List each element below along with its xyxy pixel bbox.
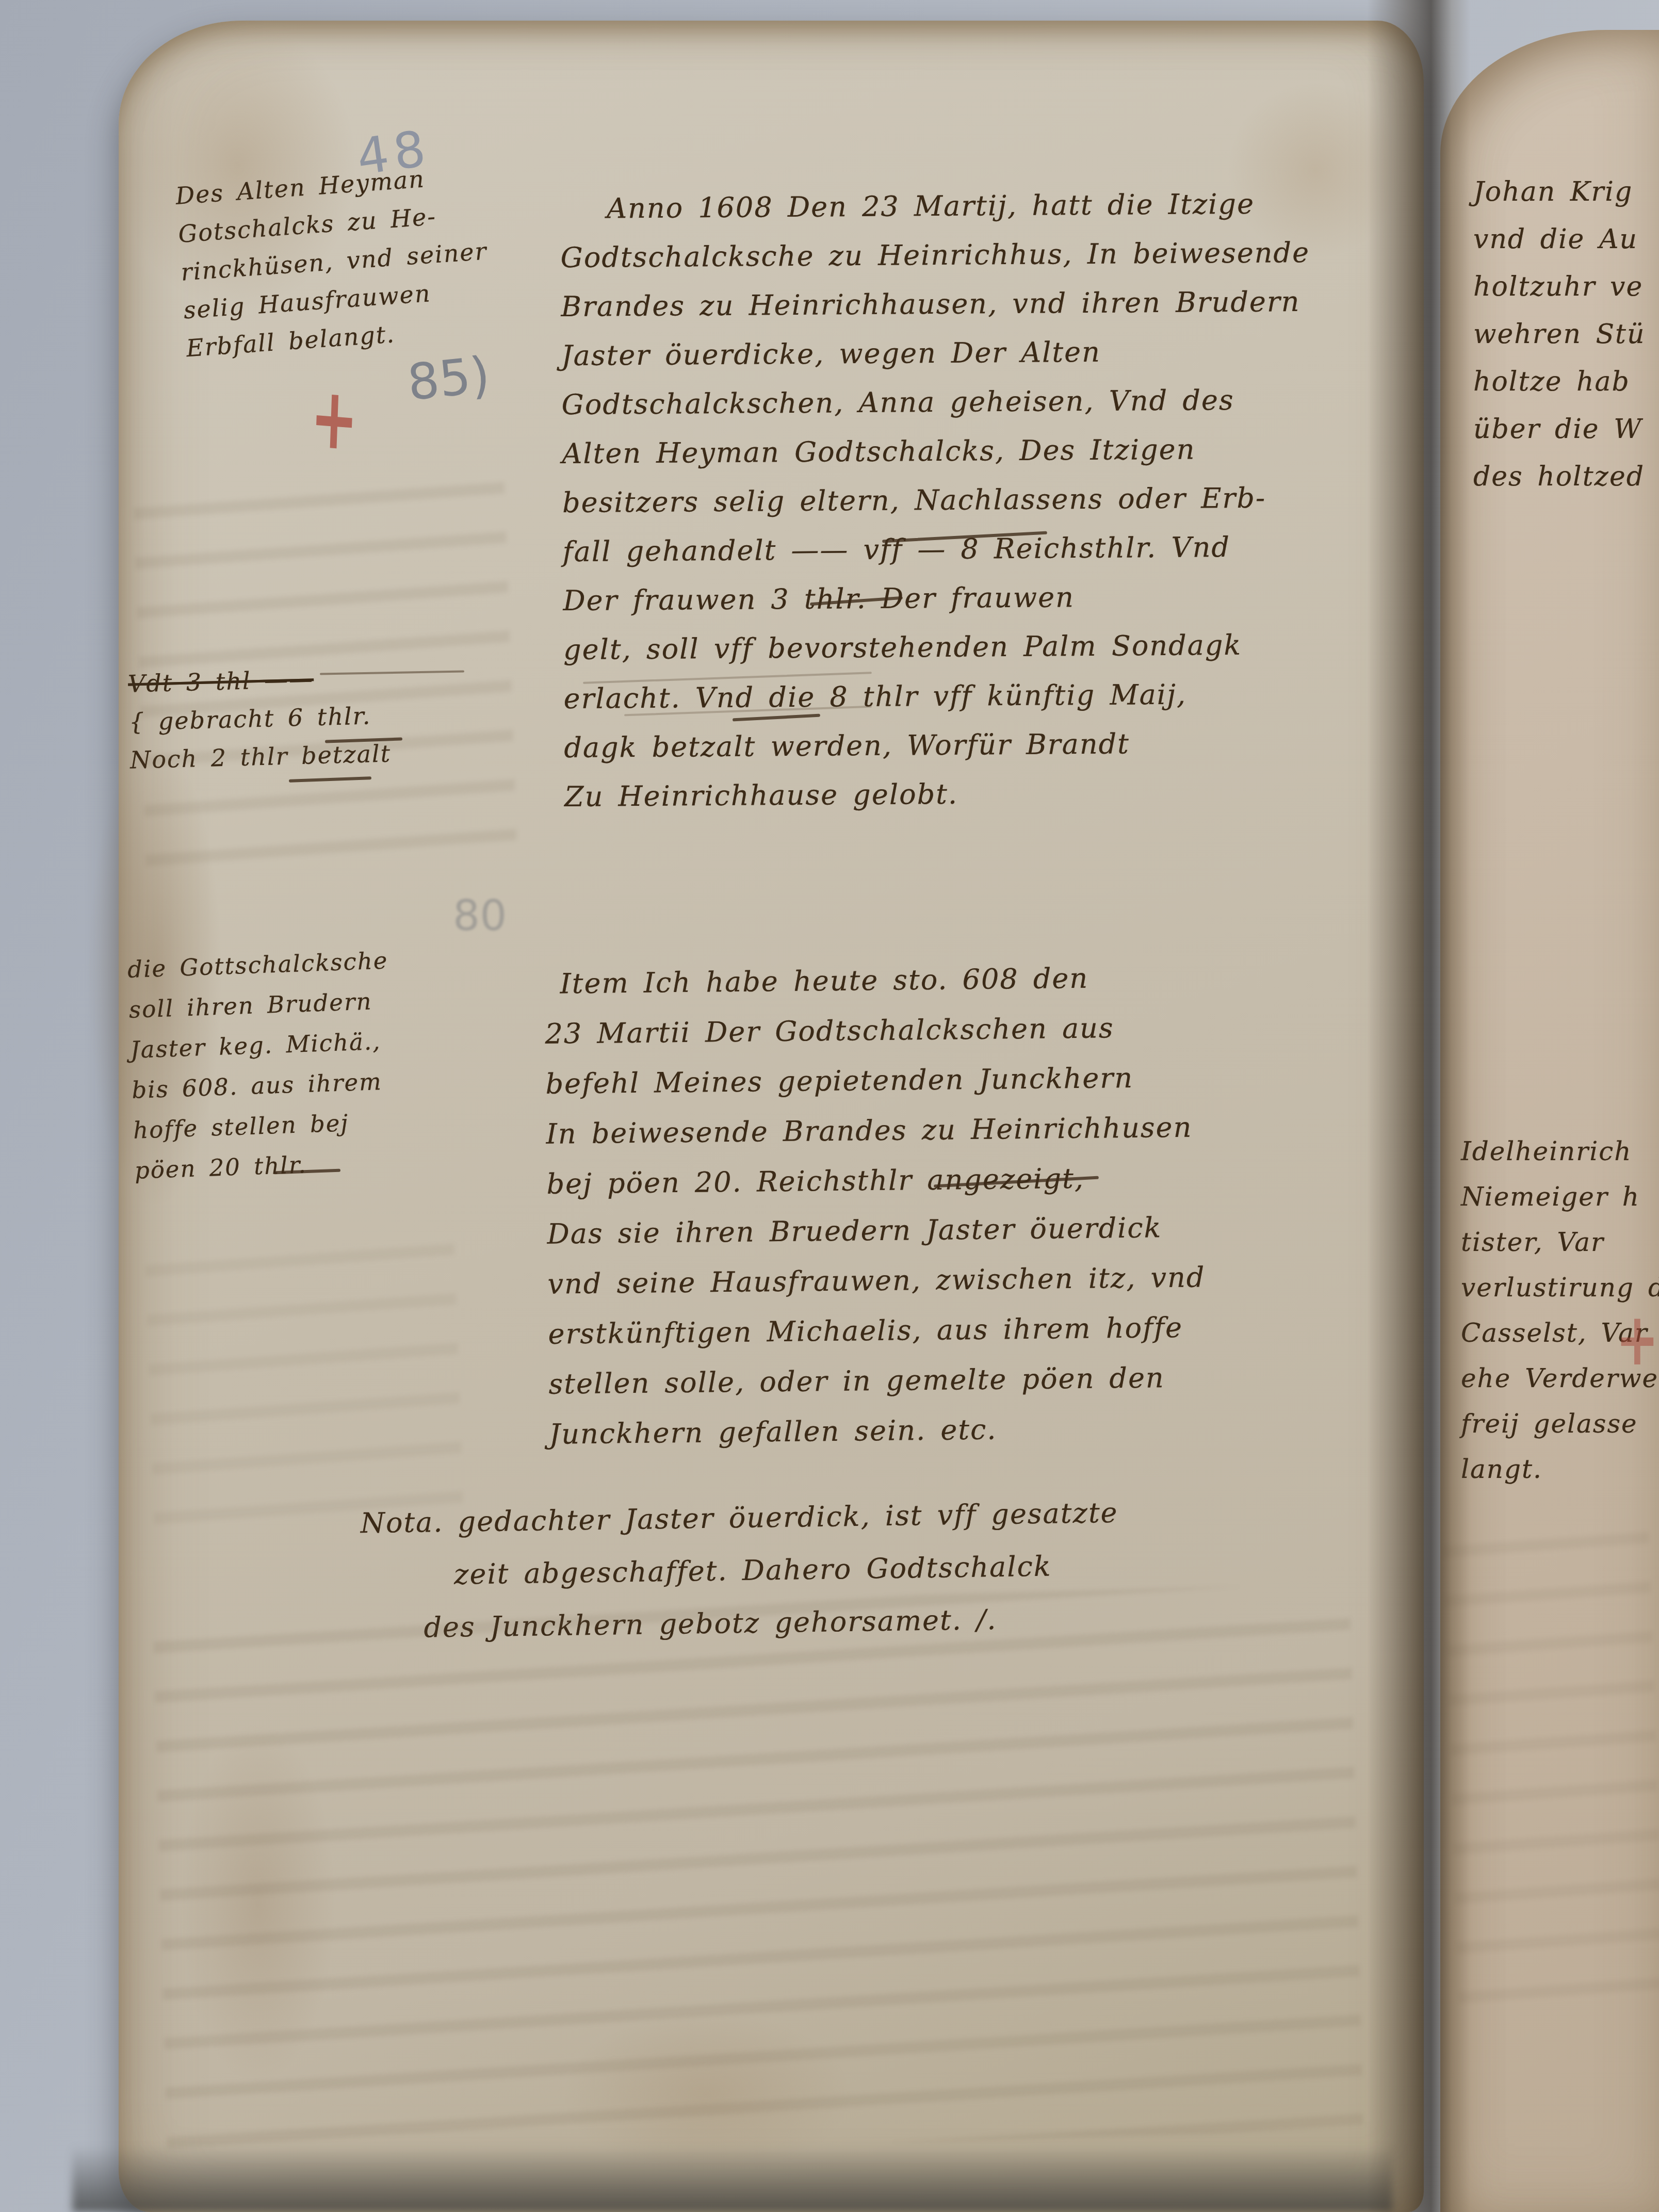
manuscript-line: 23 Martii Der Godtschalckschen aus — [545, 1002, 1203, 1059]
manuscript-line: Niemeiger h — [1461, 1174, 1659, 1219]
manuscript-line: Johan Krig — [1473, 168, 1645, 216]
right-manuscript-page-edge: Johan Krig vnd die Au holtzuhr ve wehren… — [1440, 30, 1659, 2212]
manuscript-line: Der frauwen 3 thlr. Der frauwen — [563, 571, 1312, 625]
left-manuscript-page: 48 85) 80 + Des Alten Heyman Gotschalcks… — [119, 21, 1424, 2212]
page-bottom-shadow — [72, 2146, 1393, 2212]
manuscript-line: vnd seine Hausfrauwen, zwischen itz, vnd — [547, 1252, 1206, 1309]
manuscript-line: Alten Heyman Godtschalcks, Des Itzigen — [562, 424, 1311, 478]
manuscript-line: tister, Var — [1461, 1219, 1659, 1265]
manuscript-line: In beiwesende Brandes zu Heinrichhusen — [546, 1102, 1204, 1159]
manuscript-line: erstkünftigen Michaelis, aus ihrem hoffe — [548, 1302, 1206, 1359]
manuscript-line: wehren Stü — [1473, 311, 1645, 358]
manuscript-line: holtzuhr ve — [1473, 263, 1645, 311]
manuscript-line: Item Ich habe heute sto. 608 den — [544, 952, 1202, 1009]
manuscript-line: Junckhern gefallen sein. etc. — [549, 1402, 1207, 1459]
manuscript-line: fall gehandelt —— vff — 8 Reichsthlr. Vn… — [562, 522, 1312, 576]
manuscript-line: Anno 1608 Den 23 Martij, hatt die Itzige — [560, 179, 1310, 233]
manuscript-line: Godtschalcksche zu Heinrichhus, In beiwe… — [560, 228, 1310, 282]
manuscript-line: pöen 20 thlr. — [134, 1142, 396, 1191]
manuscript-line: stellen solle, oder in gemelte pöen den — [548, 1352, 1207, 1409]
manuscript-line: befehl Meines gepietenden Junckhern — [545, 1052, 1203, 1109]
manuscript-line: Idelheinrich — [1461, 1129, 1659, 1174]
manuscript-line: bej pöen 20. Reichsthlr angezeigt, — [546, 1152, 1205, 1209]
red-cross-mark: + — [309, 368, 360, 470]
manuscript-line: Das sie ihren Bruedern Jaster öuerdick — [547, 1202, 1205, 1259]
manuscript-line: Brandes zu Heinrichhausen, vnd ihren Bru… — [561, 277, 1310, 331]
manuscript-line: Zu Heinrichhause gelobt. — [564, 767, 1314, 821]
manuscript-line: Jaster öuerdicke, wegen Der Alten — [561, 326, 1311, 380]
manuscript-line: vnd die Au — [1473, 216, 1645, 263]
red-cross-mark: + — [1616, 1297, 1659, 1382]
manuscript-line: Godtschalckschen, Anna geheisen, Vnd des — [561, 375, 1311, 429]
main-entry-1608: Anno 1608 Den 23 Martij, hatt die Itzige… — [560, 179, 1314, 821]
manuscript-line: dagk betzalt werden, Worfür Brandt — [564, 718, 1313, 772]
faint-pencil-number: 80 — [453, 891, 507, 940]
manuscript-line: über die W — [1473, 405, 1645, 453]
bleed-through-text — [144, 1228, 465, 1548]
manuscript-line: freij gelasse — [1461, 1401, 1659, 1446]
bleed-through-text — [1442, 1512, 1659, 2024]
manuscript-line: holtze hab — [1473, 358, 1645, 405]
bleed-through-text — [153, 1584, 1364, 2161]
manuscript-line: besitzers selig eltern, Nachlassens oder… — [562, 473, 1312, 527]
manuscript-line: gelt, soll vff bevorstehenden Palm Sonda… — [563, 620, 1313, 674]
right-page-fragment-top: Johan Krig vnd die Au holtzuhr ve wehren… — [1473, 168, 1645, 500]
main-entry-item: Item Ich habe heute sto. 608 den 23 Mart… — [544, 952, 1207, 1459]
margin-note-top: Des Alten Heyman Gotschalcks zu He- rinc… — [174, 156, 494, 368]
manuscript-line: langt. — [1461, 1446, 1659, 1492]
margin-note-second: die Gottschalcksche soll ihren Brudern J… — [127, 940, 396, 1191]
archive-number-pencil: 85) — [405, 346, 493, 412]
page-gutter-shadow — [1367, 0, 1470, 2212]
manuscript-photo: 48 85) 80 + Des Alten Heyman Gotschalcks… — [0, 0, 1659, 2212]
manuscript-line: erlacht. Vnd die 8 thlr vff künftig Maij… — [563, 669, 1313, 723]
manuscript-line: des holtzed — [1473, 453, 1645, 500]
